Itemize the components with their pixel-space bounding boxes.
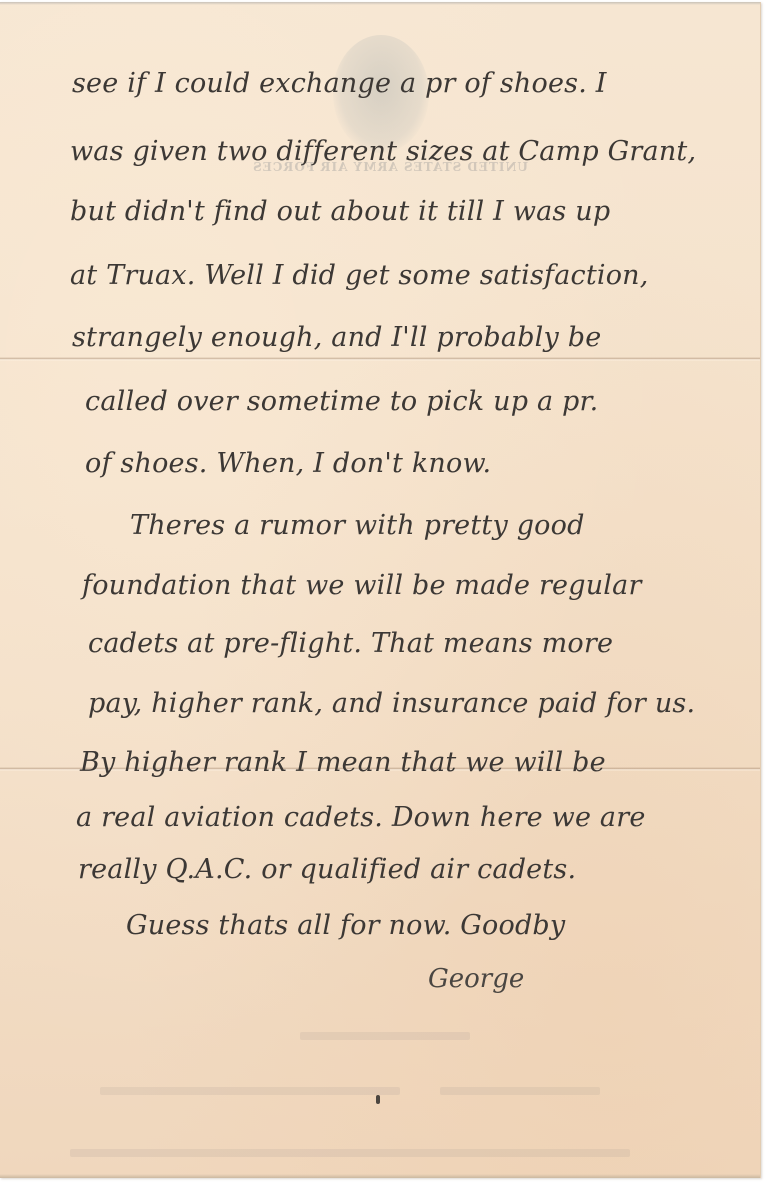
bleed-through-text	[100, 1087, 400, 1095]
paper-bottom-edge	[0, 1174, 760, 1178]
letter-paper: UNITED STATES ARMY AIR FORCES see if I c…	[0, 2, 761, 1178]
letter-line: pay, higher rank, and insurance paid for…	[88, 688, 695, 719]
scanned-letter: UNITED STATES ARMY AIR FORCES see if I c…	[0, 0, 768, 1185]
letter-line: cadets at pre-flight. That means more	[88, 628, 613, 659]
letter-line: strangely enough, and I'll probably be	[72, 322, 601, 353]
bleed-through-text	[300, 1032, 470, 1040]
paper-fold-line	[0, 357, 760, 361]
letter-line: really Q.A.C. or qualified air cadets.	[78, 854, 576, 885]
letter-line: called over sometime to pick up a pr.	[85, 386, 598, 417]
letter-line: at Truax. Well I did get some satisfacti…	[70, 260, 649, 291]
letter-line: but didn't find out about it till I was …	[70, 196, 610, 227]
bleed-through-text	[440, 1087, 600, 1095]
letter-line: was given two different sizes at Camp Gr…	[70, 136, 696, 167]
ink-speck	[376, 1095, 380, 1104]
letter-line: Guess thats all for now. Goodby	[126, 910, 565, 941]
signature: George	[428, 964, 524, 994]
letter-line: Theres a rumor with pretty good	[130, 510, 585, 541]
paper-top-edge	[0, 2, 760, 5]
letter-line: a real aviation cadets. Down here we are	[76, 802, 646, 833]
letter-line: of shoes. When, I don't know.	[85, 448, 491, 479]
letter-line: foundation that we will be made regular	[82, 570, 642, 601]
letter-line: By higher rank I mean that we will be	[80, 747, 606, 778]
bleed-through-text	[70, 1149, 630, 1157]
letter-line: see if I could exchange a pr of shoes. I	[72, 68, 607, 99]
